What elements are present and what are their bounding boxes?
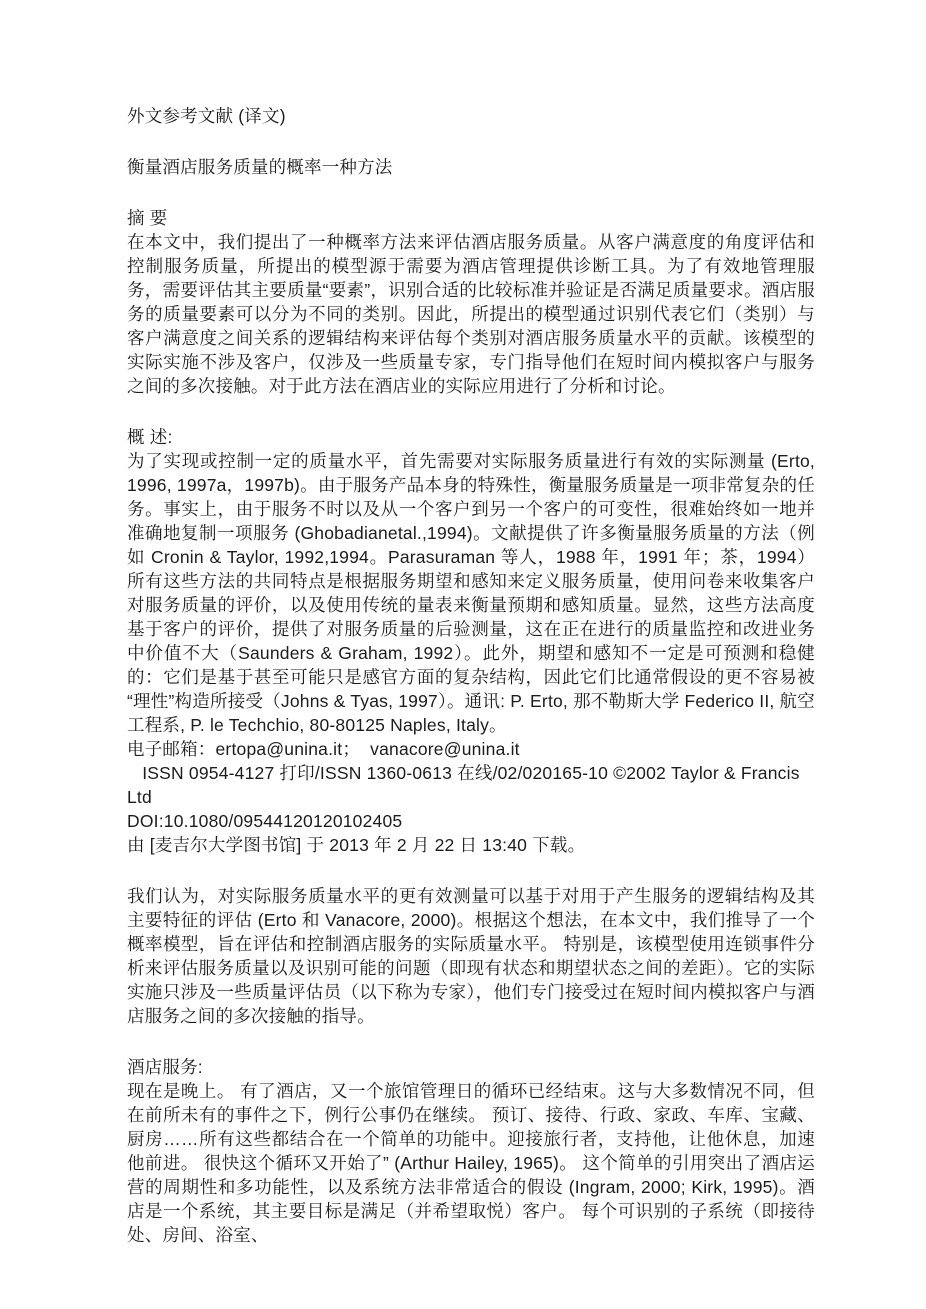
doi-line: DOI:10.1080/09544120120102405 <box>127 809 815 833</box>
overview-heading: 概 述: <box>127 425 815 449</box>
email-line: 电子邮箱：ertopa@unina.it； vanacore@unina.it <box>127 737 815 761</box>
abstract-heading: 摘 要 <box>127 206 815 230</box>
hotel-heading: 酒店服务: <box>127 1055 815 1079</box>
document-subtitle: 衡量酒店服务质量的概率一种方法 <box>127 155 815 179</box>
overview-paragraph: 为了实现或控制一定的质量水平，首先需要对实际服务质量进行有效的实际测量 (Ert… <box>127 449 815 737</box>
abstract-paragraph: 在本文中，我们提出了一种概率方法来评估酒店服务质量。从客户满意度的角度评估和控制… <box>127 230 815 398</box>
spacer <box>127 128 815 155</box>
issn-line: ISSN 0954-4127 打印/ISSN 1360-0613 在线/02/0… <box>127 761 815 809</box>
spacer <box>127 1028 815 1055</box>
spacer <box>127 179 815 206</box>
spacer <box>127 857 815 884</box>
model-paragraph: 我们认为，对实际服务质量水平的更有效测量可以基于对用于产生服务的逻辑结构及其主要… <box>127 884 815 1028</box>
spacer <box>127 398 815 425</box>
hotel-paragraph: 现在是晚上。 有了酒店，又一个旅馆管理日的循环已经结束。这与大多数情况不同，但在… <box>127 1079 815 1247</box>
document-title: 外文参考文献 (译文) <box>127 104 815 128</box>
document-page: 外文参考文献 (译文) 衡量酒店服务质量的概率一种方法 摘 要 在本文中，我们提… <box>0 0 926 1309</box>
document-content: 外文参考文献 (译文) 衡量酒店服务质量的概率一种方法 摘 要 在本文中，我们提… <box>127 104 815 1247</box>
download-line: 由 [麦吉尔大学图书馆] 于 2013 年 2 月 22 日 13:40 下载。 <box>127 833 815 857</box>
